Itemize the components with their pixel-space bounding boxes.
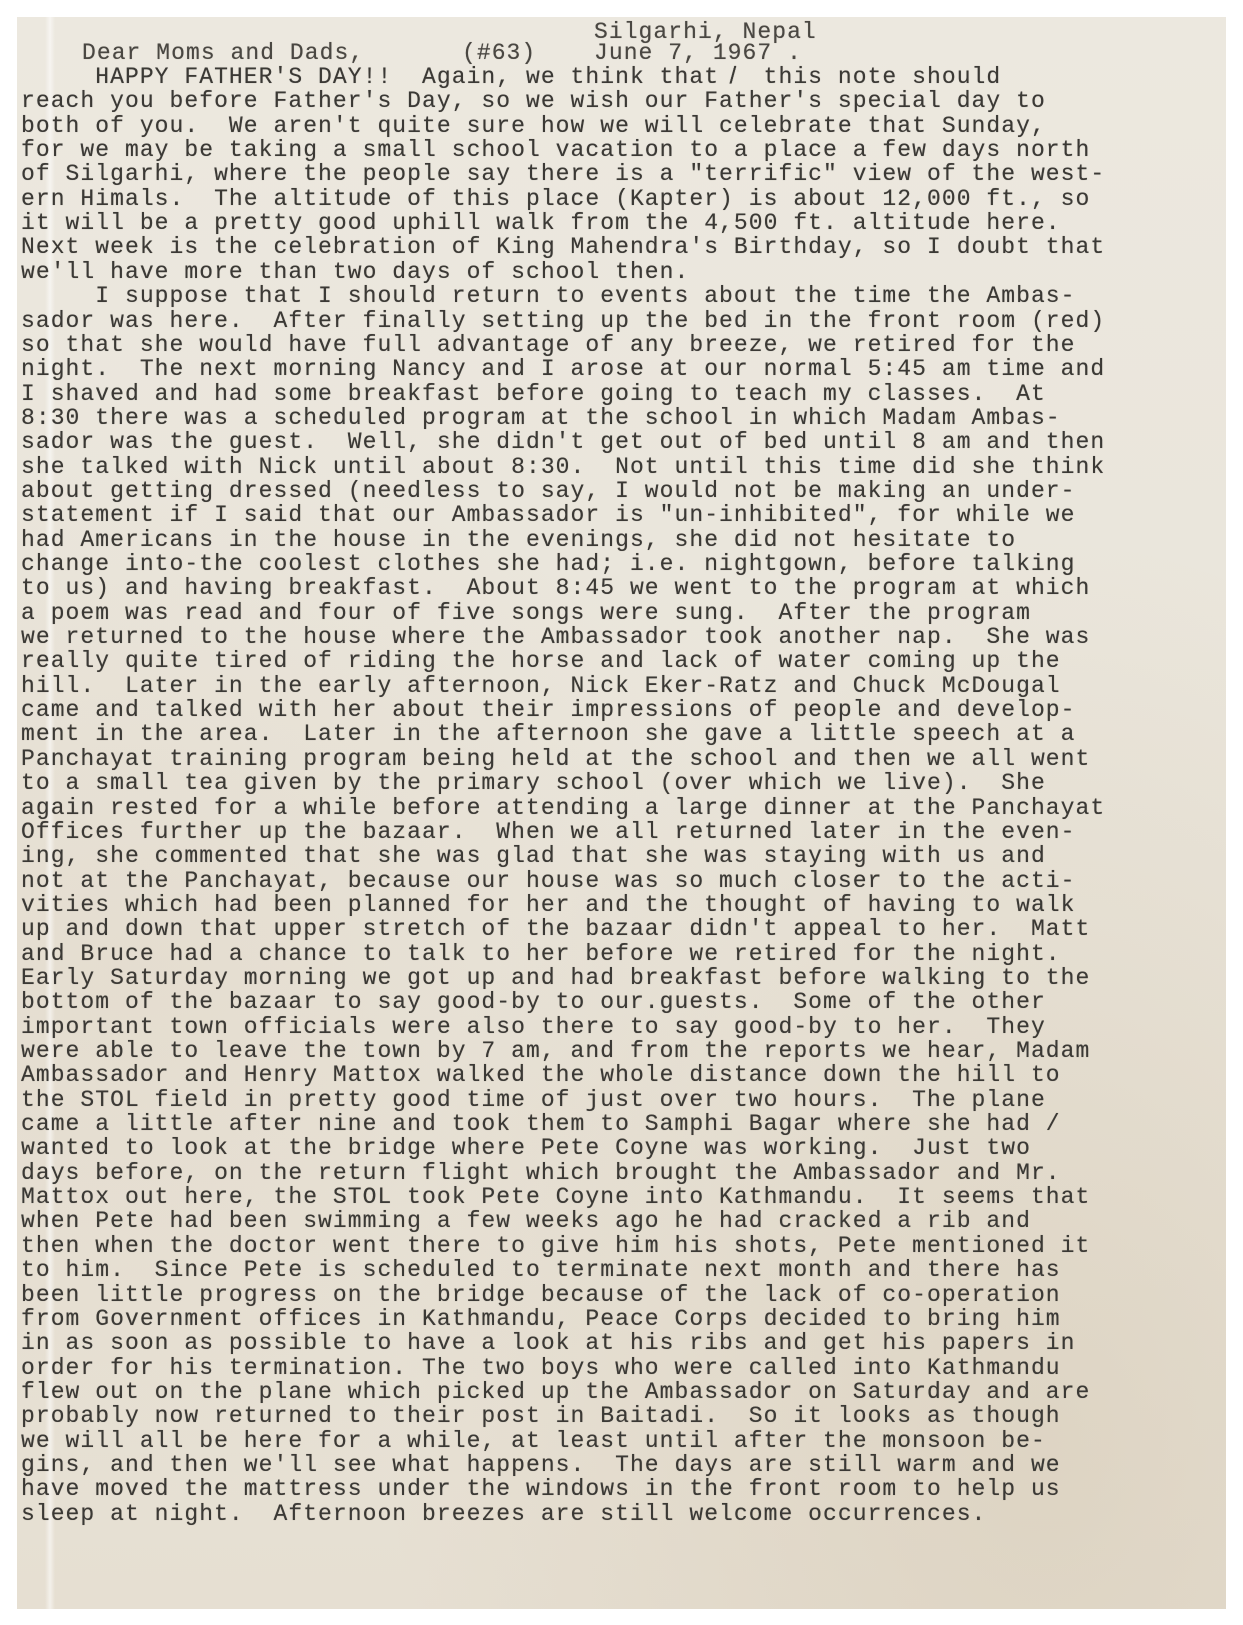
- letter-line: sleep at night. Afternoon breezes are st…: [21, 1502, 986, 1526]
- letter-line: really quite tired of riding the horse a…: [21, 649, 1061, 673]
- letter-line: to a small tea given by the primary scho…: [21, 771, 1046, 795]
- letter-line: the STOL field in pretty good time of ju…: [21, 1088, 1046, 1112]
- letter-line: reach you before Father's Day, so we wis…: [21, 89, 1046, 113]
- letter-line: I shaved and had some breakfast before g…: [21, 382, 1046, 406]
- letter-line: Mattox out here, the STOL took Pete Coyn…: [21, 1185, 1090, 1209]
- letter-date: June 7, 1967 .: [594, 41, 802, 65]
- letter-line: flew out on the plane which picked up th…: [21, 1380, 1090, 1404]
- letter-line: Ambassador and Henry Mattox walked the w…: [21, 1063, 1061, 1087]
- letter-line: Early Saturday morning we got up and had…: [21, 966, 1090, 990]
- letter-line: Next week is the celebration of King Mah…: [21, 235, 1105, 259]
- letter-line: bottom of the bazaar to say good-by to o…: [21, 990, 1046, 1014]
- letter-line: important town officials were also there…: [21, 1015, 1046, 1039]
- letter-line: came a little after nine and took them t…: [21, 1112, 1061, 1136]
- letter-line: statement if I said that our Ambassador …: [21, 503, 1076, 527]
- letter-line: from Government offices in Kathmandu, Pe…: [21, 1307, 1061, 1331]
- letter-line: had Americans in the house in the evenin…: [21, 528, 1016, 552]
- letter-line: hill. Later in the early afternoon, Nick…: [21, 674, 1061, 698]
- letter-line: we will all be here for a while, at leas…: [21, 1429, 1046, 1453]
- letter-line: a poem was read and four of five songs w…: [21, 601, 1031, 625]
- letter-line: came and talked with her about their imp…: [21, 698, 1076, 722]
- letter-line: order for his termination. The two boys …: [21, 1356, 1061, 1380]
- letter-line: she talked with Nick until about 8:30. N…: [21, 455, 1105, 479]
- letter-line: about getting dressed (needless to say, …: [21, 479, 1076, 503]
- letter-line: sador was here. After finally setting up…: [21, 309, 1105, 333]
- letter-line: to him. Since Pete is scheduled to termi…: [21, 1258, 1061, 1282]
- letter-line: change into-the coolest clothes she had;…: [21, 552, 1076, 576]
- letter-line: again rested for a while before attendin…: [21, 796, 1105, 820]
- letter-line: of Silgarhi, where the people say there …: [21, 162, 1105, 186]
- letter-number: (#63): [462, 41, 536, 65]
- letter-line: vities which had been planned for her an…: [21, 893, 1076, 917]
- letter-page: Silgarhi, Nepal Dear Moms and Dads, (#63…: [17, 17, 1226, 1609]
- letter-line: probably now returned to their post in B…: [21, 1404, 1061, 1428]
- letter-line: and Bruce had a chance to talk to her be…: [21, 942, 1061, 966]
- letter-line: ern Himals. The altitude of this place (…: [21, 187, 1090, 211]
- letter-line: up and down that upper stretch of the ba…: [21, 917, 1090, 941]
- letter-line: Panchayat training program being held at…: [21, 747, 1090, 771]
- letter-line: for we may be taking a small school vaca…: [21, 138, 1090, 162]
- letter-line: were able to leave the town by 7 am, and…: [21, 1039, 1090, 1063]
- letter-line: when Pete had been swimming a few weeks …: [21, 1209, 1031, 1233]
- letter-line: sador was the guest. Well, she didn't ge…: [21, 430, 1105, 454]
- letter-line: so that she would have full advantage of…: [21, 333, 1076, 357]
- letter-line: night. The next morning Nancy and I aros…: [21, 357, 1105, 381]
- letter-line: I suppose that I should return to events…: [21, 284, 1076, 308]
- letter-line: days before, on the return flight which …: [21, 1161, 1061, 1185]
- letter-line: not at the Panchayat, because our house …: [21, 869, 1076, 893]
- letter-line: gins, and then we'll see what happens. T…: [21, 1453, 1061, 1477]
- letter-line: in as soon as possible to have a look at…: [21, 1331, 1076, 1355]
- letter-line: it will be a pretty good uphill walk fro…: [21, 211, 1061, 235]
- letter-line: then when the doctor went there to give …: [21, 1234, 1090, 1258]
- letter-line: ing, she commented that she was glad tha…: [21, 844, 1046, 868]
- letter-line: both of you. We aren't quite sure how we…: [21, 114, 1046, 138]
- letter-line: Offices further up the bazaar. When we a…: [21, 820, 1076, 844]
- letter-line: we'll have more than two days of school …: [21, 260, 689, 284]
- letter-line: have moved the mattress under the window…: [21, 1477, 1061, 1501]
- letter-salutation: Dear Moms and Dads,: [82, 41, 364, 65]
- letter-line: ment in the area. Later in the afternoon…: [21, 722, 1076, 746]
- letter-line: to us) and having breakfast. About 8:45 …: [21, 576, 1090, 600]
- letter-line: 8:30 there was a scheduled program at th…: [21, 406, 1061, 430]
- letter-line: been little progress on the bridge becau…: [21, 1283, 1061, 1307]
- letter-line: wanted to look at the bridge where Pete …: [21, 1136, 1031, 1160]
- letter-line: we returned to the house where the Ambas…: [21, 625, 1090, 649]
- letter-line: HAPPY FATHER'S DAY!! Again, we think tha…: [21, 65, 1001, 89]
